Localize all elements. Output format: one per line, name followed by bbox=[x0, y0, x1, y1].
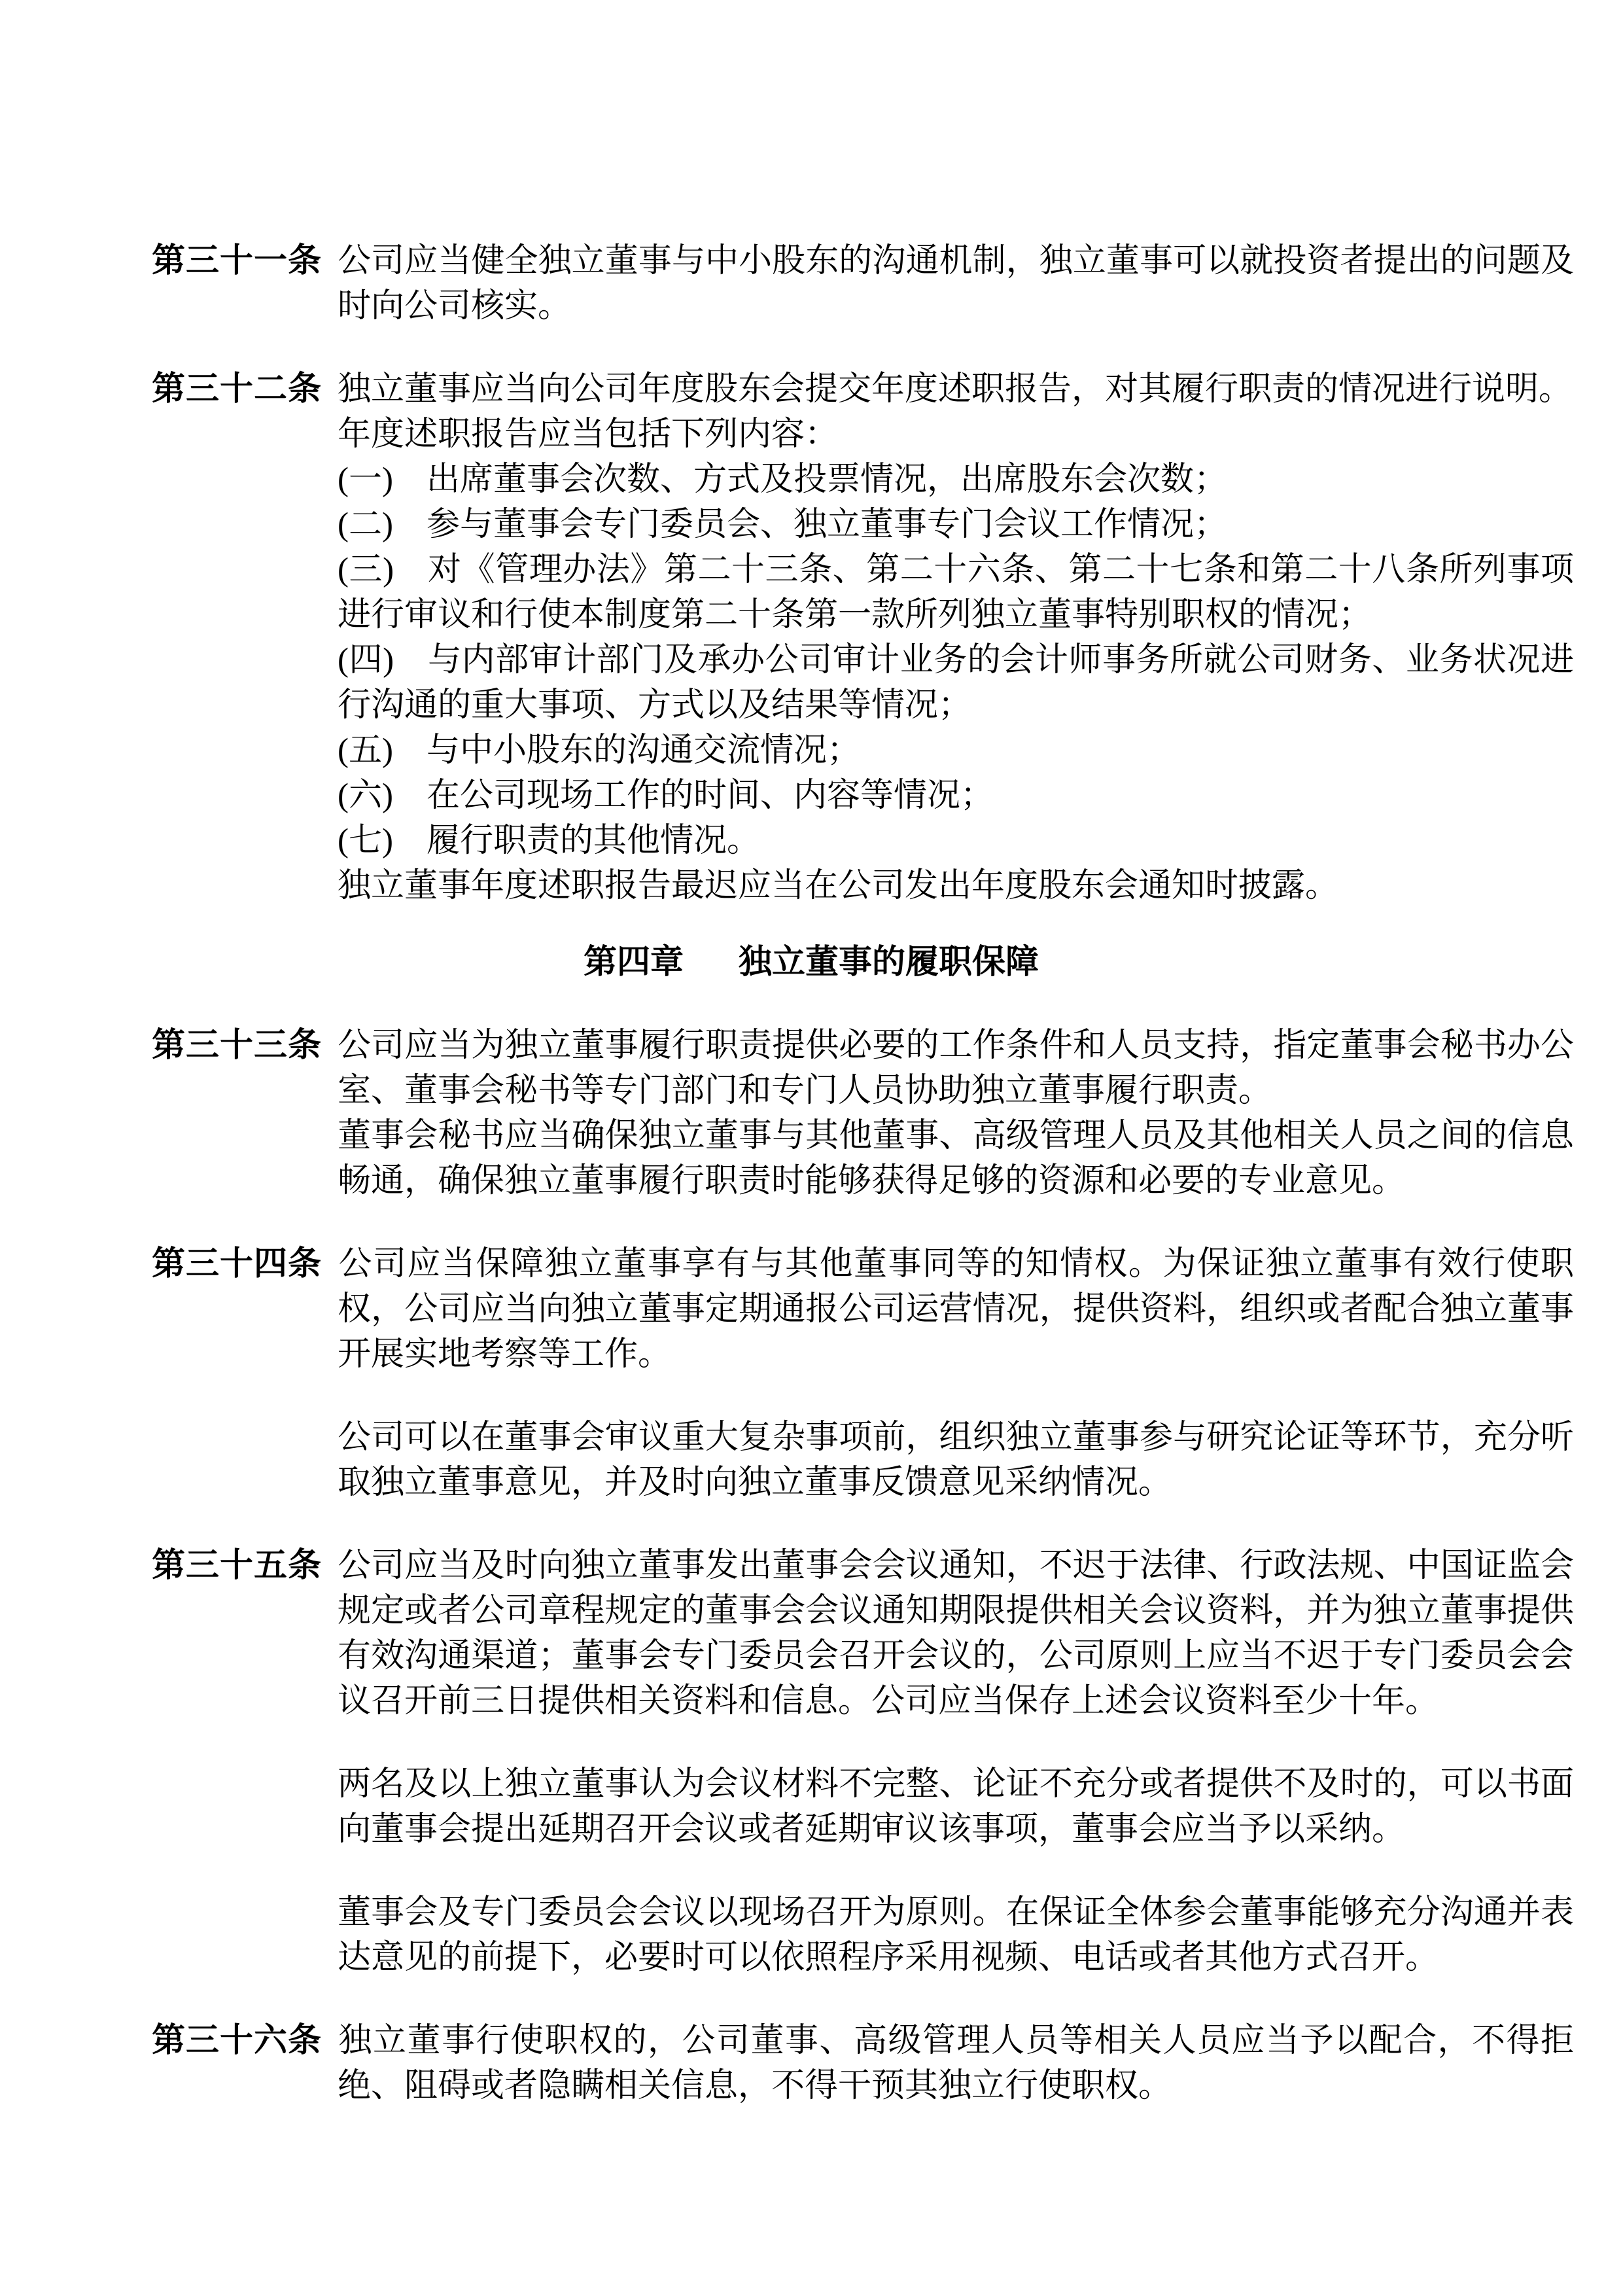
paragraph-text: (二) 参与董事会专门委员会、独立董事专门会议工作情况； bbox=[338, 506, 1227, 543]
article-block: 第三十六条独立董事行使职权的，公司董事、高级管理人员等相关人员应当予以配合，不得… bbox=[152, 2019, 1574, 2109]
article-paragraph: 年度述职报告应当包括下列内容： bbox=[338, 412, 1574, 457]
article-paragraph: 两名及以上独立董事认为会议材料不完整、论证不充分或者提供不及时的，可以书面向董事… bbox=[338, 1762, 1574, 1852]
paragraph-text: 独立董事行使职权的，公司董事、高级管理人员等相关人员应当予以配合，不得拒绝、阻碍… bbox=[338, 2022, 1574, 2104]
article-block: 第三十三条公司应当为独立董事履行职责提供必要的工作条件和人员支持，指定董事会秘书… bbox=[152, 1023, 1574, 1204]
article-first-paragraph: 第三十三条公司应当为独立董事履行职责提供必要的工作条件和人员支持，指定董事会秘书… bbox=[338, 1023, 1574, 1114]
paragraph-text: (三) 对《管理办法》第二十三条、第二十六条、第二十七条和第二十八条所列事项进行… bbox=[338, 552, 1574, 633]
paragraph-text: 公司应当健全独立董事与中小股东的沟通机制，独立董事可以就投资者提出的问题及时向公… bbox=[338, 243, 1574, 325]
article-paragraph: (六) 在公司现场工作的时间、内容等情况； bbox=[338, 773, 1574, 819]
paragraph-text: 独立董事应当向公司年度股东会提交年度述职报告，对其履行职责的情况进行说明。 bbox=[338, 371, 1572, 408]
document-page: 第三十一条公司应当健全独立董事与中小股东的沟通机制，独立董事可以就投资者提出的问… bbox=[0, 0, 1623, 2296]
article-block: 第三十四条公司应当保障独立董事享有与其他董事同等的知情权。为保证独立董事有效行使… bbox=[152, 1242, 1574, 1506]
paragraph-text: (四) 与内部审计部门及承办公司审计业务的会计师事务所就公司财务、业务状况进行沟… bbox=[338, 642, 1574, 724]
article-number-label: 第三十一条 bbox=[152, 239, 338, 284]
paragraph-text: 董事会秘书应当确保独立董事与其他董事、高级管理人员及其他相关人员之间的信息畅通，… bbox=[338, 1118, 1574, 1199]
chapter-number: 第四章 bbox=[584, 944, 684, 981]
article-block: 第三十五条公司应当及时向独立董事发出董事会会议通知，不迟于法律、行政法规、中国证… bbox=[152, 1544, 1574, 1981]
paragraph-text: 公司可以在董事会审议重大复杂事项前，组织独立董事参与研究论证等环节，充分听取独立… bbox=[338, 1419, 1574, 1501]
paragraph-text: 董事会及专门委员会会议以现场召开为原则。在保证全体参会董事能够充分沟通并表达意见… bbox=[338, 1894, 1574, 1976]
article-block: 第三十二条独立董事应当向公司年度股东会提交年度述职报告，对其履行职责的情况进行说… bbox=[152, 367, 1574, 909]
article-paragraph: 董事会及专门委员会会议以现场召开为原则。在保证全体参会董事能够充分沟通并表达意见… bbox=[338, 1890, 1574, 1981]
paragraph-text: 两名及以上独立董事认为会议材料不完整、论证不充分或者提供不及时的，可以书面向董事… bbox=[338, 1766, 1574, 1848]
article-first-paragraph: 第三十四条公司应当保障独立董事享有与其他董事同等的知情权。为保证独立董事有效行使… bbox=[338, 1242, 1574, 1377]
article-number-label: 第三十六条 bbox=[152, 2019, 338, 2064]
article-number-label: 第三十三条 bbox=[152, 1023, 338, 1069]
article-first-paragraph: 第三十六条独立董事行使职权的，公司董事、高级管理人员等相关人员应当予以配合，不得… bbox=[338, 2019, 1574, 2109]
article-number-label: 第三十二条 bbox=[152, 367, 338, 412]
paragraph-text: 独立董事年度述职报告最迟应当在公司发出年度股东会通知时披露。 bbox=[338, 868, 1338, 904]
paragraph-text: (一) 出席董事会次数、方式及投票情况，出席股东会次数； bbox=[338, 461, 1227, 498]
document-content: 第三十一条公司应当健全独立董事与中小股东的沟通机制，独立董事可以就投资者提出的问… bbox=[152, 239, 1574, 2109]
article-paragraph: (二) 参与董事会专门委员会、独立董事专门会议工作情况； bbox=[338, 503, 1574, 548]
article-paragraph: 独立董事年度述职报告最迟应当在公司发出年度股东会通知时披露。 bbox=[338, 864, 1574, 909]
article-paragraph: (五) 与中小股东的沟通交流情况； bbox=[338, 728, 1574, 773]
paragraph-text: (六) 在公司现场工作的时间、内容等情况； bbox=[338, 777, 994, 814]
paragraph-text: (七) 履行职责的其他情况。 bbox=[338, 822, 760, 859]
paragraph-text: 年度述职报告应当包括下列内容： bbox=[338, 416, 838, 453]
article-paragraph: 公司可以在董事会审议重大复杂事项前，组织独立董事参与研究论证等环节，充分听取独立… bbox=[338, 1415, 1574, 1506]
article-paragraph: 董事会秘书应当确保独立董事与其他董事、高级管理人员及其他相关人员之间的信息畅通，… bbox=[338, 1114, 1574, 1204]
article-paragraph: (一) 出席董事会次数、方式及投票情况，出席股东会次数； bbox=[338, 457, 1574, 503]
paragraph-text: (五) 与中小股东的沟通交流情况； bbox=[338, 732, 860, 769]
chapter-heading: 第四章独立董事的履职保障 bbox=[100, 940, 1522, 985]
paragraph-text: 公司应当保障独立董事享有与其他董事同等的知情权。为保证独立董事有效行使职权，公司… bbox=[338, 1246, 1574, 1373]
chapter-title: 独立董事的履职保障 bbox=[739, 944, 1039, 981]
article-first-paragraph: 第三十一条公司应当健全独立董事与中小股东的沟通机制，独立董事可以就投资者提出的问… bbox=[338, 239, 1574, 329]
paragraph-text: 公司应当及时向独立董事发出董事会会议通知，不迟于法律、行政法规、中国证监会规定或… bbox=[338, 1547, 1574, 1720]
paragraph-text: 公司应当为独立董事履行职责提供必要的工作条件和人员支持，指定董事会秘书办公室、董… bbox=[338, 1027, 1574, 1109]
article-block: 第三十一条公司应当健全独立董事与中小股东的沟通机制，独立董事可以就投资者提出的问… bbox=[152, 239, 1574, 329]
article-paragraph: (四) 与内部审计部门及承办公司审计业务的会计师事务所就公司财务、业务状况进行沟… bbox=[338, 638, 1574, 728]
article-number-label: 第三十四条 bbox=[152, 1242, 338, 1287]
article-paragraph: (三) 对《管理办法》第二十三条、第二十六条、第二十七条和第二十八条所列事项进行… bbox=[338, 548, 1574, 638]
article-first-paragraph: 第三十五条公司应当及时向独立董事发出董事会会议通知，不迟于法律、行政法规、中国证… bbox=[338, 1544, 1574, 1724]
article-first-paragraph: 第三十二条独立董事应当向公司年度股东会提交年度述职报告，对其履行职责的情况进行说… bbox=[338, 367, 1574, 412]
article-paragraph: (七) 履行职责的其他情况。 bbox=[338, 819, 1574, 864]
article-number-label: 第三十五条 bbox=[152, 1544, 338, 1589]
